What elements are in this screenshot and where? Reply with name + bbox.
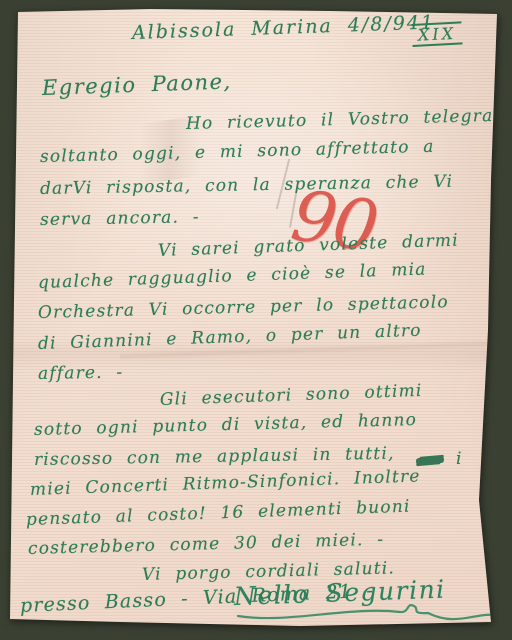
letter-line: sotto ogni punto di vista, ed hanno [34,412,418,439]
letter-line: miei Concerti Ritmo-Sinfonici. Inoltre [30,468,421,499]
letter-line: di Giannini e Ramo, o per un altro [38,323,422,353]
letter-line: i [456,451,463,468]
letter-line: serva ancora. - [40,209,200,229]
letter-line: Orchestra Vi occorre per lo spettacolo [38,294,449,322]
letter-line: Ho ricevuto il Vostro telegramma [186,107,512,133]
letter-line: riscosso con me applausi in tutti, [34,446,395,469]
letter-line: Gli esecutori sono ottimi [160,383,423,409]
letter-paper: Albissola Marina 4/8/941 XIX Egregio Pao… [0,0,512,640]
letter-line: affare. - [38,365,124,383]
letter-line: qualche ragguaglio e cioè se la mia [38,261,427,292]
salutation: Egregio Paone, [42,71,232,99]
letter-line: costerebbero come 30 dei miei. - [28,532,385,558]
dateline: Albissola Marina 4/8/941 [132,13,436,43]
letter-line: darVi risposta, con la speranza che Vi [40,174,454,198]
letter-line: soltanto oggi, e mi sono affrettato a [40,139,435,166]
paper-wrapper: Albissola Marina 4/8/941 XIX Egregio Pao… [0,0,512,640]
letter-photo: Albissola Marina 4/8/941 XIX Egregio Pao… [0,0,512,640]
letter-line: pensato al costo! 16 elementi buoni [26,499,411,529]
crossed-out-scribble [416,456,445,465]
era-year: XIX [411,21,462,47]
